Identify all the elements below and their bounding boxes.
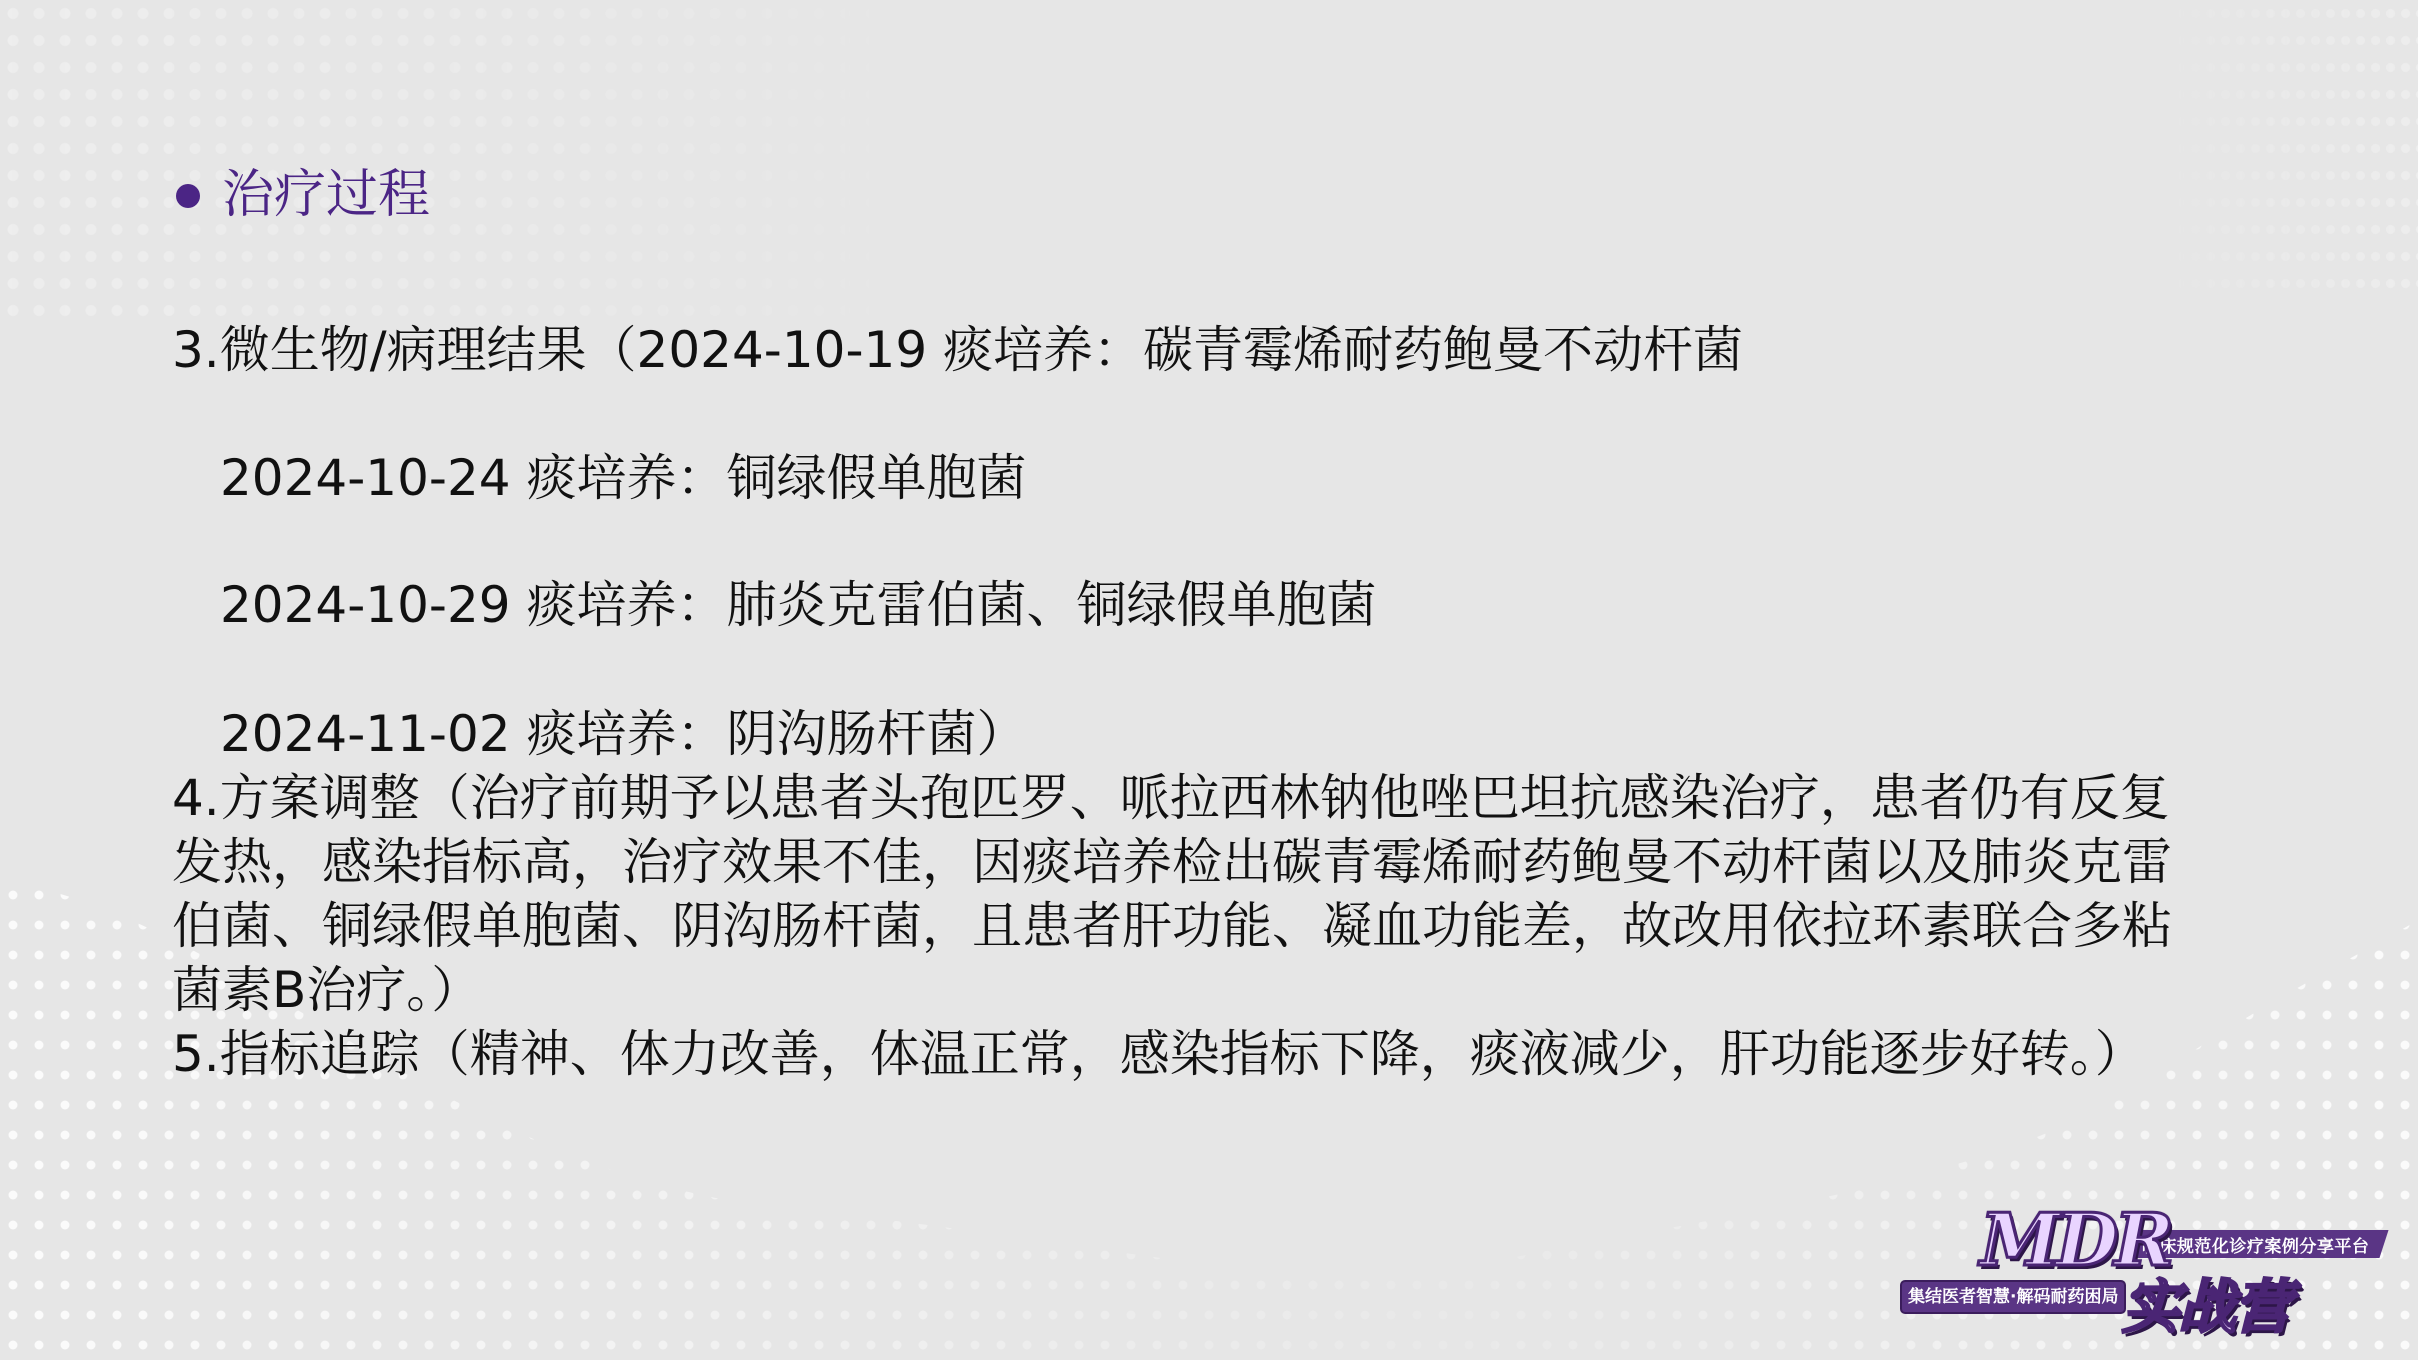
plan-adjustment-row: 菌素B治疗。）: [172, 958, 2322, 1022]
heading-text: 治疗过程: [222, 160, 430, 230]
indicator-tracking-line: 5.指标追踪（精神、体力改善，体温正常，感染指标下降，痰液减少，肝功能逐步好转。…: [172, 1022, 2145, 1086]
section-heading: 治疗过程: [176, 160, 430, 230]
plan-adjustment-row: 伯菌、铜绿假单胞菌、阴沟肠杆菌，且患者肝功能、凝血功能差，故改用依拉环素联合多粘: [172, 894, 2322, 958]
plan-adjustment-row: 4.方案调整（治疗前期予以患者头孢匹罗、哌拉西林钠他唑巴坦抗感染治疗，患者仍有反…: [172, 766, 2322, 830]
logo-platform-text: 临床规范化诊疗案例分享平台: [2142, 1232, 2370, 1257]
logo-camp-text: 实战营: [2122, 1260, 2290, 1344]
bullet-icon: [176, 184, 200, 208]
background-dot-pattern-top-left: [0, 0, 900, 330]
culture-result-3: 2024-11-02 痰培养：阴沟肠杆菌）: [220, 702, 1026, 766]
mdr-camp-logo: 临床规范化诊疗案例分享平台 MDR 集结医者智慧·解码耐药困局 实战营: [1900, 1205, 2390, 1340]
background-dot-pattern-top-right: [2158, 0, 2418, 300]
plan-adjustment-paragraph: 4.方案调整（治疗前期予以患者头孢匹罗、哌拉西林钠他唑巴坦抗感染治疗，患者仍有反…: [172, 766, 2322, 1022]
microbiology-result-line: 3.微生物/病理结果（2024-10-19 痰培养：碳青霉烯耐药鲍曼不动杆菌: [172, 318, 1743, 382]
plan-adjustment-row: 发热，感染指标高，治疗效果不佳，因痰培养检出碳青霉烯耐药鲍曼不动杆菌以及肺炎克雷: [172, 830, 2322, 894]
culture-result-2: 2024-10-29 痰培养：肺炎克雷伯菌、铜绿假单胞菌: [220, 573, 1376, 637]
logo-slogan: 集结医者智慧·解码耐药困局: [1900, 1280, 2126, 1314]
culture-result-1: 2024-10-24 痰培养：铜绿假单胞菌: [220, 446, 1026, 510]
